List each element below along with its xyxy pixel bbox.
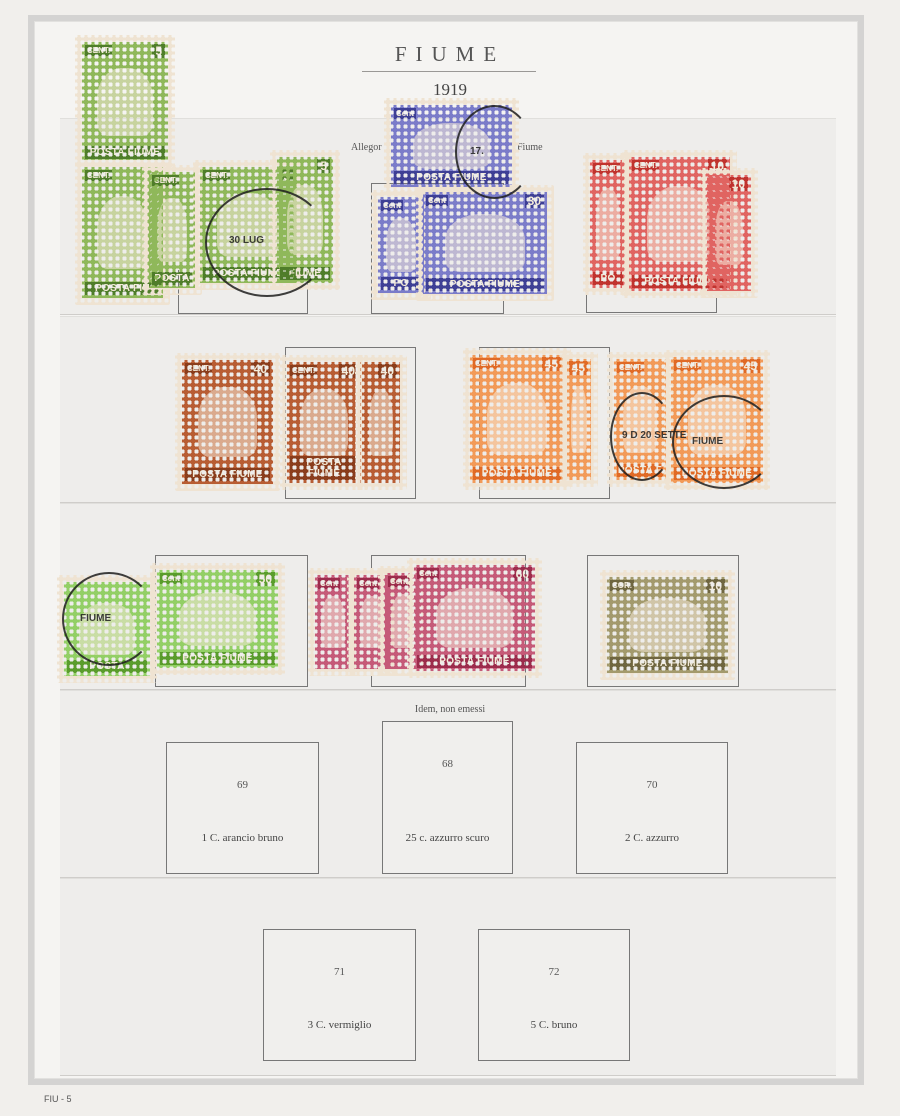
stamp-design: CENT.40POSTA FIUME xyxy=(287,362,361,483)
stamp-vignette xyxy=(97,68,152,135)
stamp-inscription: POSTA xyxy=(67,660,147,673)
stamp-vignette xyxy=(436,588,513,647)
stamp-inscription: POSTA FIUME xyxy=(85,146,165,159)
stamp-design: CENT.5POSTA FIUME xyxy=(82,42,168,162)
stamp-currency: CENT. xyxy=(203,170,230,181)
stamp: 10 xyxy=(700,168,758,298)
stamp-design: CENT.40POSTA FIUME xyxy=(182,360,273,484)
stamp-vignette xyxy=(287,185,323,256)
row1-caption-right: Fiume xyxy=(517,142,543,153)
catalog-number: 72 xyxy=(479,966,629,978)
postmark-text: 9 D 20 SETTE xyxy=(622,430,686,441)
stamp-design: Cent60POSTA FIUME xyxy=(414,565,535,671)
stamp: CENT.45POSTA FIUME xyxy=(664,350,770,490)
stamp-vignette xyxy=(487,383,547,455)
stamp-vignette xyxy=(386,218,415,272)
stamp: 5FIUME xyxy=(270,150,340,290)
stamp-value: 5 xyxy=(152,44,165,58)
stamp-design: Cent30POSTA FIUME xyxy=(423,192,547,294)
stamp-description: 3 C. vermiglio xyxy=(264,1019,415,1031)
stamp-currency: Cent xyxy=(160,573,182,584)
stamp-description: 25 c. azzurro scuro xyxy=(383,832,512,844)
stamp-inscription: FIUME xyxy=(280,267,330,280)
stamp-design: CENT.45POSTA FIUME xyxy=(671,357,763,483)
stamp-currency: CENT. xyxy=(152,175,179,186)
stamp-vignette xyxy=(198,387,256,456)
stamp: CENT.5POSTA FIUME xyxy=(75,35,175,169)
stamp-inscription: POSTA FIUME xyxy=(473,467,561,480)
stamp-inscription: POSTA FIUME xyxy=(674,467,760,480)
stamp-design: CentPOSTA FIUME xyxy=(391,105,512,187)
stamp: CentPOSTA FIUME xyxy=(384,98,519,194)
catalog-number: 69 xyxy=(167,779,318,791)
stamp-currency: CENT. xyxy=(593,163,620,174)
stamp-inscription: POSTA FIUME xyxy=(185,468,270,481)
stamp-value: 10 xyxy=(729,177,748,191)
stamp-inscription: POSTA FIUME xyxy=(417,655,532,668)
row1-caption-left: Allegor xyxy=(351,142,382,153)
stamp-inscription: PO xyxy=(593,272,623,285)
stamp-value: 10 xyxy=(706,579,725,593)
stamp-currency: CENT. xyxy=(632,160,659,171)
stamp-value: 45 xyxy=(741,359,760,373)
stamp-design: CENT.POSTA xyxy=(149,172,195,288)
strip-row-5 xyxy=(60,878,836,1076)
stamp: 40 xyxy=(355,355,407,490)
stamp-design: 45 xyxy=(567,359,591,480)
stamp-design: CENT.PO xyxy=(590,160,626,288)
stamp-design: CENT.POSTA F xyxy=(614,359,666,480)
stamp-vignette xyxy=(623,386,656,454)
stamp-currency: COR. xyxy=(610,580,634,591)
stamp: POSTA xyxy=(57,575,157,683)
stamp-value: 45 xyxy=(569,361,588,375)
stamp-description: 5 C. bruno xyxy=(479,1019,629,1031)
stamp-description: 2 C. azzurro xyxy=(577,832,727,844)
stamp-inscription: POSTA F xyxy=(617,464,663,477)
stamp-currency: CENT. xyxy=(85,45,112,56)
postmark-text: 30 LUG xyxy=(229,235,264,246)
stamp-design: CENT.45POSTA FIUME xyxy=(470,355,564,483)
stamp-value: 60 xyxy=(513,567,532,581)
stamp-design: 10 xyxy=(707,175,751,291)
stamp-currency: CENT. xyxy=(85,170,112,181)
stamp: Cent50POSTA FIUME xyxy=(150,563,285,675)
stamp-currency: CENT. xyxy=(617,362,644,373)
stamp-design: COR.10POSTA FIUME xyxy=(607,577,728,673)
postmark-text: 17. xyxy=(470,146,484,157)
stamp-value: 40 xyxy=(378,364,397,378)
page-footer: FIU - 5 xyxy=(44,1094,72,1104)
stamp-vignette xyxy=(629,598,706,652)
stamp-vignette xyxy=(79,603,134,656)
stamp-value: 30 xyxy=(525,194,544,208)
stamp-currency: Cent xyxy=(318,578,340,589)
stamp: Cent30POSTA FIUME xyxy=(416,185,554,301)
stamp-design: POSTA xyxy=(64,582,150,676)
stamp-inscription: POSTA FIUME xyxy=(610,657,725,670)
stamp-inscription: POSTA FIUME xyxy=(426,278,544,291)
stamp-currency: Cent xyxy=(381,200,403,211)
stamp-design: Cent50POSTA FIUME xyxy=(157,570,278,668)
stamp: CENT.40POSTA FIUME xyxy=(175,353,280,491)
stamp-description: 1 C. arancio bruno xyxy=(167,832,318,844)
stamp-value: 45 xyxy=(542,357,561,371)
stamp-inscription: POSTA FIUME xyxy=(290,456,358,480)
catalog-number: 71 xyxy=(264,966,415,978)
stamp-value: 50 xyxy=(256,572,275,586)
stamp-vignette xyxy=(445,214,524,271)
stamp-currency: Cent xyxy=(357,578,379,589)
empty-mount-71: 71 3 C. vermiglio xyxy=(263,929,416,1061)
stamp-currency: Cent xyxy=(426,195,448,206)
empty-mount-70: 70 2 C. azzurro xyxy=(576,742,728,874)
stamp-design: 5FIUME xyxy=(277,157,333,283)
stamp-vignette xyxy=(571,386,586,454)
stamp-currency: CENT. xyxy=(674,360,701,371)
stamp: 45 xyxy=(560,352,598,487)
postmark-text: FIUME xyxy=(692,436,723,447)
stamp-vignette xyxy=(179,592,256,647)
empty-mount-68: 68 25 c. azzurro scuro xyxy=(382,721,513,874)
stamp-inscription: POSTA FIUME xyxy=(160,652,275,665)
empty-mount-72: 72 5 C. bruno xyxy=(478,929,630,1061)
stamp-inscription: POSTA xyxy=(152,272,192,285)
stamp-vignette xyxy=(97,196,149,269)
stamp-vignette xyxy=(369,389,393,457)
stamp-currency: Cent xyxy=(394,108,416,119)
stamp-currency: CENT. xyxy=(473,358,500,369)
catalog-number: 68 xyxy=(383,758,512,770)
stamp: Cent60POSTA FIUME xyxy=(407,558,542,678)
stamp-vignette xyxy=(300,389,347,457)
title-rule xyxy=(362,71,536,72)
stamp-currency: CENT. xyxy=(185,363,212,374)
stamp: CENT.45POSTA FIUME xyxy=(463,348,571,490)
stamp-design: 40 xyxy=(362,362,400,483)
stamp-design: Cent xyxy=(315,575,351,669)
catalog-number: 70 xyxy=(577,779,727,791)
stamp: COR.10POSTA FIUME xyxy=(600,570,735,680)
stamp-value: 5 xyxy=(317,159,330,173)
stamp-vignette xyxy=(321,596,344,649)
stamp-inscription: PO xyxy=(381,277,421,290)
stamp-vignette xyxy=(715,201,743,266)
stamp-inscription: POSTA FIUME xyxy=(394,171,509,184)
stamp-vignette xyxy=(596,188,619,260)
stamp-vignette xyxy=(157,198,186,263)
stamp-value: 40 xyxy=(251,362,270,376)
row4-caption: Idem, non emessi xyxy=(0,704,900,715)
stamp-currency: Cent xyxy=(417,568,439,579)
stamp-currency: CENT. xyxy=(290,365,317,376)
empty-mount-69: 69 1 C. arancio bruno xyxy=(166,742,319,874)
postmark-text: FIUME xyxy=(80,613,111,624)
